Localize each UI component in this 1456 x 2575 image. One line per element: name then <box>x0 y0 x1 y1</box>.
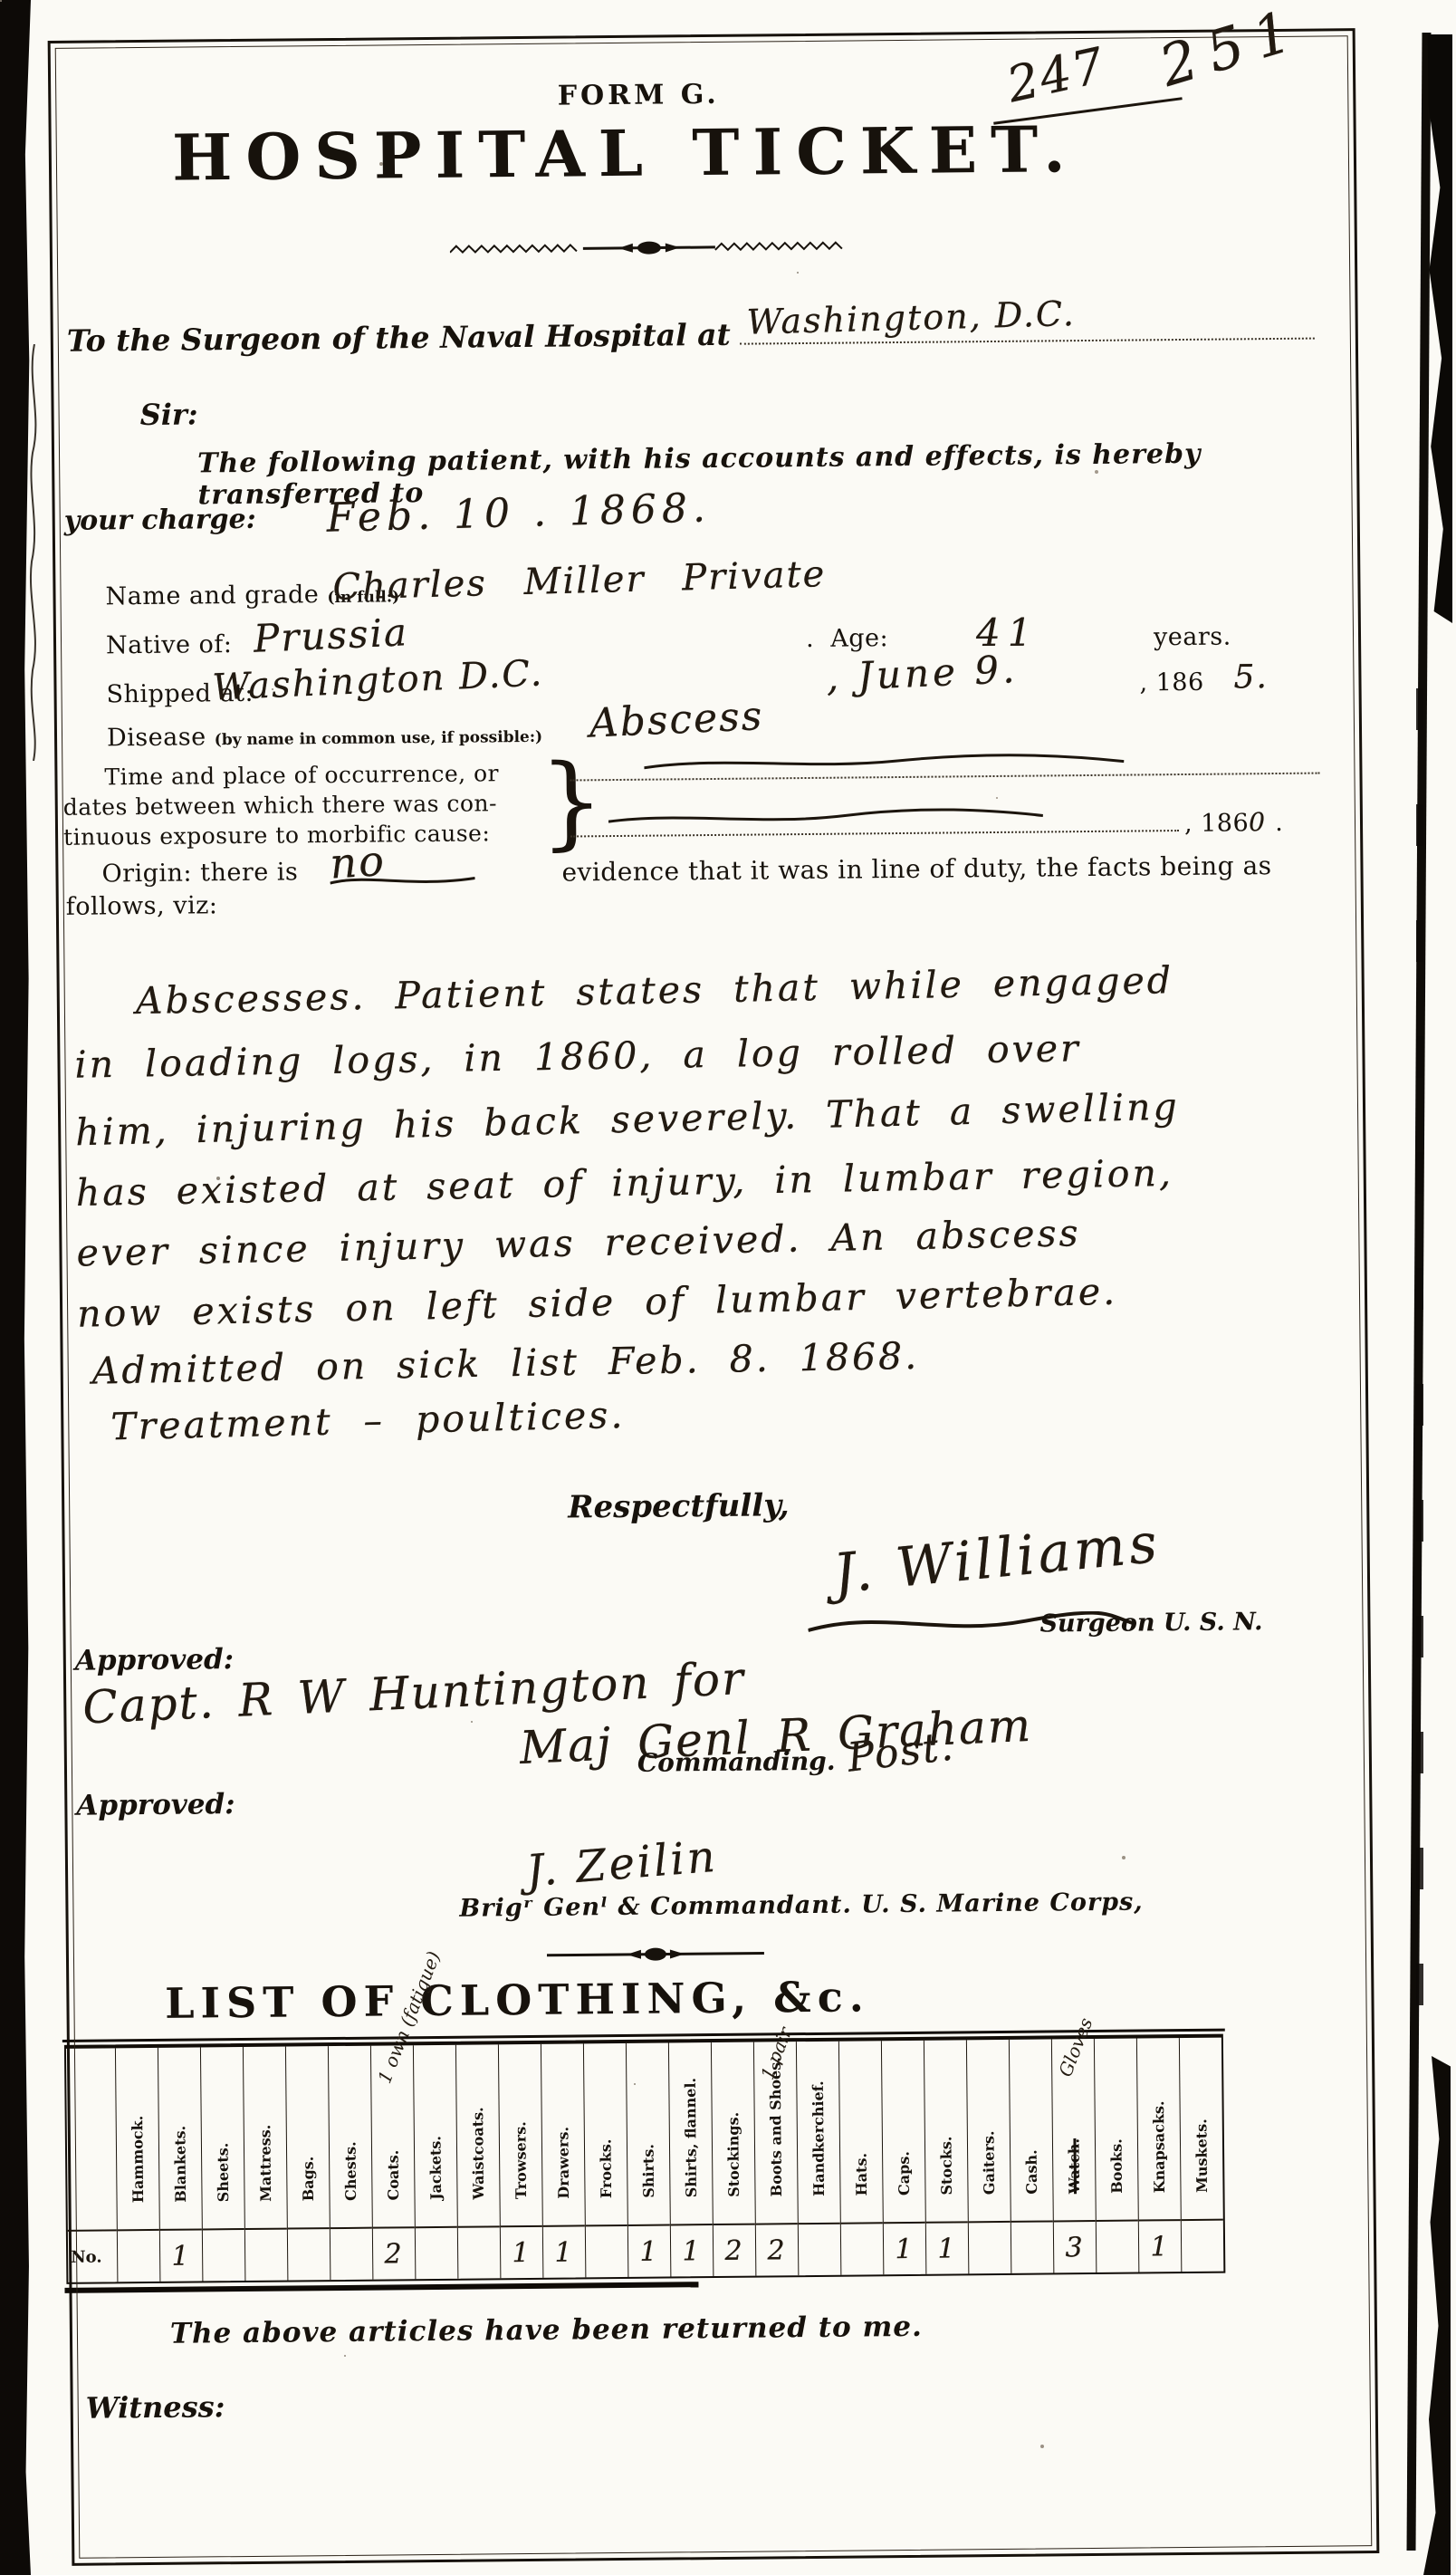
clothing-column-label: Frocks. <box>597 2139 615 2199</box>
respectfully-text: Respectfully, <box>568 1487 790 1525</box>
clothing-column-label: Drawers. <box>554 2127 572 2199</box>
clothing-column: Stockings.2 <box>711 2042 755 2276</box>
statement-line: ever since injury was received. An absce… <box>76 1211 1081 1274</box>
clothing-column: Knapsacks.1 <box>1136 2038 1181 2272</box>
page-title: HOSPITAL TICKET. <box>0 110 1277 197</box>
clothing-column: Trowsers.1 <box>498 2044 542 2278</box>
shipped-year-handwritten: 5. <box>1233 658 1269 696</box>
name-grade-value: Charles Miller Private <box>332 553 827 609</box>
clothing-column-header: Blankets. <box>158 2047 202 2230</box>
occurrence-strike-2 <box>608 805 1043 830</box>
clothing-column-label: Stocks. <box>937 2136 955 2195</box>
clothing-column-label: Waistcoats. <box>469 2107 487 2199</box>
clothing-column-value <box>969 2223 1011 2273</box>
clothing-heading: LIST OF CLOTHING, &c. <box>123 1972 911 2028</box>
clothing-column-label: Blankets. <box>171 2126 189 2203</box>
clothing-column: Waistcoats. <box>455 2044 500 2278</box>
clothing-column-label: Watch. <box>1065 2138 1083 2194</box>
clothing-column: Caps.1 <box>881 2041 925 2274</box>
clothing-column-header: Trowsers. <box>499 2044 542 2227</box>
disease-paren: (by name in common use, if possible:) <box>215 728 543 749</box>
clothing-row-label: No. <box>68 2231 118 2282</box>
disease-label: Disease (by name in common use, if possi… <box>107 720 542 753</box>
statement-line: Treatment – poultices. <box>110 1393 626 1448</box>
clothing-column: Bags. <box>285 2046 330 2280</box>
margin-writing-marks <box>25 344 43 761</box>
clothing-row-label-header <box>66 2048 117 2232</box>
shipped-year-printed: , 186 <box>1139 668 1203 697</box>
clothing-column-header: Cash. <box>1010 2039 1053 2222</box>
clothing-column-header: Bags. <box>286 2046 330 2229</box>
clothing-column-label: Shirts, flannel. <box>682 2078 700 2198</box>
occurrence-label: Time and place of occurrence, or dates b… <box>62 758 543 852</box>
statement-line: has existed at seat of injury, in lumbar… <box>75 1151 1173 1215</box>
clothing-column: Books. <box>1094 2039 1138 2272</box>
clothing-column-label: Hats. <box>853 2153 870 2196</box>
age-suffix: years. <box>1154 622 1231 651</box>
clothing-column-value <box>841 2224 884 2274</box>
scan-edge-dashes <box>1416 688 1423 2047</box>
clothing-column-header: Hats. <box>839 2041 883 2224</box>
clothing-column-value: 1 <box>160 2230 203 2281</box>
transfer-line2: your charge: <box>64 504 256 537</box>
clothing-column: Chests. <box>328 2046 372 2280</box>
clothing-column-value: 1 <box>884 2224 926 2274</box>
clothing-column: Hammock. <box>115 2048 159 2282</box>
approved-label-2: Approved: <box>76 1788 235 1822</box>
clothing-table: No. Hammock.Blankets.1Sheets.Mattress.Ba… <box>64 2034 1225 2284</box>
clothing-column-header: Coats.1 own (fatigue) <box>371 2045 415 2228</box>
table-bottom-smear <box>64 2282 698 2293</box>
scan-edge-blot-bottom <box>1423 2056 1451 2575</box>
clothing-column-label: Books. <box>1107 2138 1126 2194</box>
clothing-column-value <box>416 2228 458 2279</box>
clothing-column-value: 2 <box>714 2225 756 2276</box>
clothing-column-value: 1 <box>926 2223 969 2273</box>
clothing-column-header: Caps. <box>882 2041 925 2224</box>
clothing-column: Gaiters. <box>966 2040 1011 2273</box>
clothing-column-header: Gaiters. <box>967 2040 1011 2223</box>
clothing-column-value: 2 <box>756 2224 799 2275</box>
clothing-column: Shirts.1 <box>626 2043 670 2277</box>
address-location-field: Washington, D.C. <box>739 302 1314 345</box>
clothing-column-label: Chests. <box>341 2141 359 2201</box>
commandant-signature: J. Zeilin <box>524 1831 720 1898</box>
clothing-column-value: 1 <box>543 2226 586 2277</box>
clothing-column-label: Handkerchief. <box>809 2080 828 2196</box>
surgeon-title: Surgeon U. S. N. <box>1039 1608 1262 1638</box>
clothing-column-value: 2 <box>373 2228 416 2279</box>
paper-speckle <box>0 0 2 2</box>
clothing-column-value <box>1011 2222 1054 2272</box>
clothing-column-label: Coats. <box>385 2150 403 2201</box>
clothing-column: Frocks. <box>583 2043 627 2277</box>
clothing-column-header: Stocks. <box>924 2040 968 2223</box>
clothing-column-header: Stockings. <box>712 2042 755 2225</box>
address-line: To the Surgeon of the Naval Hospital at … <box>67 302 1315 359</box>
clothing-column-header: Sheets. <box>201 2047 244 2230</box>
clothing-column-header: Hammock. <box>116 2048 159 2231</box>
clothing-column-header: Frocks. <box>584 2043 627 2226</box>
clothing-column-label: Bags. <box>300 2157 317 2202</box>
clothing-column-value: 1 <box>628 2226 671 2277</box>
clothing-column-value <box>245 2230 288 2281</box>
clothing-column-label: Shirts. <box>639 2144 657 2198</box>
clothing-column-value: 1 <box>1139 2221 1182 2272</box>
clothing-column-value <box>118 2231 160 2282</box>
origin-prefix: Origin: there is <box>101 858 298 888</box>
disease-value: Abscess <box>589 693 764 747</box>
statement-line: now exists on left side of lumbar verteb… <box>77 1270 1118 1336</box>
statement-line: in loading logs, in 1860, a log rolled o… <box>74 1026 1081 1086</box>
scanned-hospital-ticket: FORM G. 247 251 HOSPITAL TICKET. To the … <box>0 0 1456 2575</box>
form-sheet: FORM G. 247 251 HOSPITAL TICKET. To the … <box>48 28 1380 2566</box>
statement-line: Abscesses. Patient states that while eng… <box>135 958 1173 1023</box>
clothing-column-label: Caps. <box>896 2151 913 2195</box>
clothing-column-value <box>586 2226 628 2277</box>
clothing-column: Jackets. <box>413 2045 457 2279</box>
approved-label-1: Approved: <box>75 1643 235 1677</box>
clothing-column: Mattress. <box>243 2047 287 2281</box>
origin-line2: follows, viz: <box>66 891 218 921</box>
clothing-column-label: Sheets. <box>214 2143 232 2203</box>
clothing-column-label: Hammock. <box>129 2116 147 2204</box>
native-of-value: Prussia <box>253 610 409 661</box>
clothing-column-value <box>1097 2222 1139 2272</box>
clothing-column-value <box>458 2227 501 2278</box>
clothing-column-header: Drawers. <box>541 2043 585 2226</box>
clothing-column-header: Waistcoats. <box>456 2044 500 2227</box>
clothing-column-header: Jackets. <box>414 2045 457 2228</box>
clothing-column-label: Knapsacks. <box>1150 2100 1168 2193</box>
clothing-column-label: Trowsers. <box>512 2121 530 2199</box>
clothing-row-label-column: No. <box>66 2048 117 2282</box>
clothing-column-header: Knapsacks. <box>1137 2038 1181 2221</box>
clothing-column-header: Mattress. <box>244 2047 287 2230</box>
clothing-column: Hats. <box>838 2041 883 2274</box>
clothing-column-header: Handkerchief. <box>797 2042 840 2224</box>
address-location-handwritten: Washington, D.C. <box>746 293 1076 342</box>
clothing-column-label: Muskets. <box>1193 2119 1211 2193</box>
clothing-column: Cash. <box>1009 2039 1053 2272</box>
clothing-column-label: Gaiters. <box>980 2130 998 2195</box>
clothing-column-value <box>330 2229 373 2280</box>
clothing-column: Drawers.1 <box>541 2043 585 2277</box>
section-divider-ornament <box>547 1944 764 1964</box>
address-printed: To the Surgeon of the Naval Hospital at <box>67 317 731 359</box>
clothing-column-value <box>799 2224 841 2275</box>
origin-suffix: evidence that it was in line of duty, th… <box>561 850 1271 888</box>
clothing-column: Blankets.1 <box>158 2047 202 2281</box>
clothing-column: Coats.1 own (fatigue)2 <box>370 2045 415 2279</box>
clothing-column: Stocks.1 <box>924 2040 968 2273</box>
salutation: Sir: <box>139 397 197 432</box>
clothing-column-label: Stockings. <box>724 2112 742 2197</box>
clothing-column-value <box>1182 2221 1224 2272</box>
transfer-date-handwritten: Feb. 10 . 1868. <box>326 485 711 541</box>
statement-line: him, injuring his back severely. That a … <box>75 1085 1180 1155</box>
clothing-column: Boots and Shoes.1 pair2 <box>753 2042 798 2275</box>
clothing-column: Muskets. <box>1179 2038 1223 2272</box>
clothing-column-annotation: Gloves <box>1054 2014 1097 2080</box>
clothing-column-value: 1 <box>671 2225 714 2276</box>
age-label: . Age: <box>806 624 888 653</box>
clothing-column: Sheets. <box>200 2047 244 2281</box>
shipped-date-handwritten: , June 9. <box>825 647 1019 699</box>
clothing-column-value <box>288 2229 330 2280</box>
witness-label: Witness: <box>86 2389 225 2425</box>
commanding-label: Commanding. <box>637 1746 836 1778</box>
origin-flourish <box>330 871 474 891</box>
native-of-label: Native of: <box>106 630 233 659</box>
clothing-column-value: 1 <box>501 2227 543 2278</box>
clothing-column-header: Shirts. <box>627 2043 670 2226</box>
clothing-column: Handkerchief. <box>796 2042 840 2275</box>
clothing-column-value: 3 <box>1054 2222 1097 2272</box>
clothing-footer: The above articles have been returned to… <box>170 2311 923 2350</box>
occurrence-year-handwritten: 0 <box>1249 807 1267 837</box>
surgeon-signature: J. Williams <box>830 1512 1163 1607</box>
clothing-column-label: Jackets. <box>426 2136 445 2200</box>
title-divider-ornament <box>450 237 848 261</box>
shipped-at-value: Washington D.C. <box>212 652 545 708</box>
commandant-title: Brigʳ Genˡ & Commandant. U. S. Marine Co… <box>459 1888 1143 1922</box>
clothing-column-label: Mattress. <box>256 2125 274 2202</box>
clothing-column-header: Muskets. <box>1180 2038 1223 2221</box>
statement-line: Admitted on sick list Feb. 8. 1868. <box>91 1334 919 1393</box>
clothing-column-header: Boots and Shoes.1 pair <box>754 2042 798 2224</box>
occurrence-year: , 1860 . <box>1184 807 1284 838</box>
clothing-column-label: Cash. <box>1023 2149 1040 2194</box>
clothing-column-value <box>203 2230 245 2281</box>
clothing-column-annotation: 1 pair <box>756 2024 796 2082</box>
clothing-column: Watch.Gloves3 <box>1051 2039 1096 2272</box>
clothing-column-header: Shirts, flannel. <box>669 2042 713 2225</box>
clothing-column-header: Watch.Gloves <box>1052 2039 1096 2222</box>
clothing-column-header: Chests. <box>329 2046 372 2229</box>
clothing-column: Shirts, flannel.1 <box>668 2042 713 2276</box>
clothing-column-header: Books. <box>1095 2039 1138 2222</box>
